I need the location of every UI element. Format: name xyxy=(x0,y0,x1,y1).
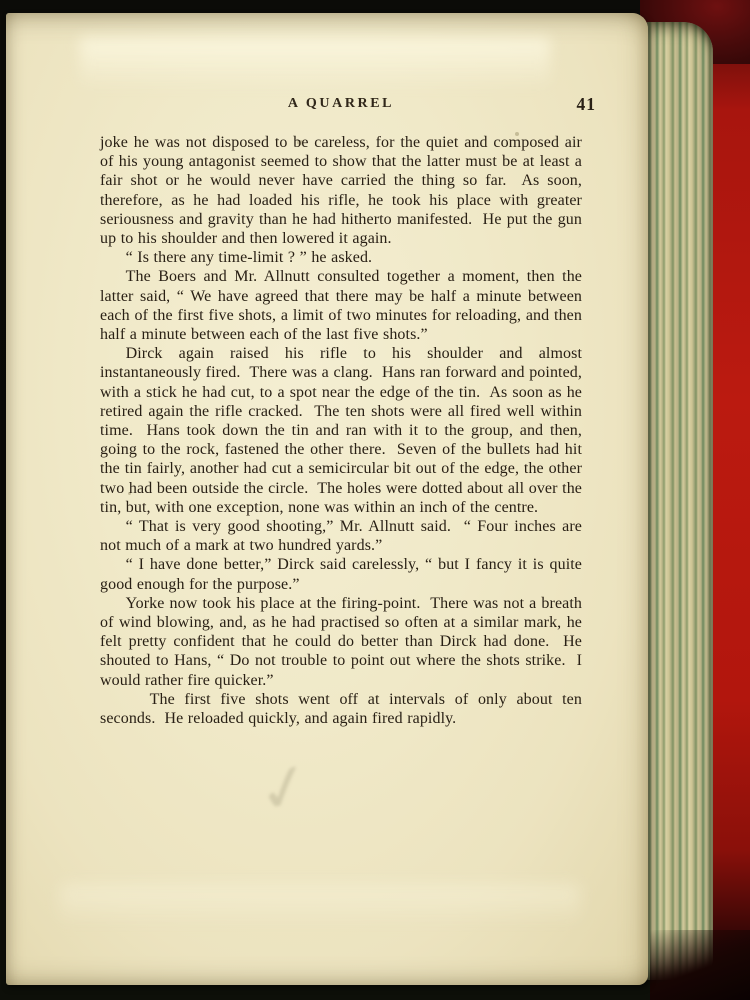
page-edges-stack xyxy=(643,22,713,980)
page-number: 41 xyxy=(577,94,597,115)
paragraph: Yorke now took his place at the firing-p… xyxy=(100,594,582,690)
paragraph: Dirck again raised his rifle to his shou… xyxy=(100,344,582,517)
paragraph: The Boers and Mr. Allnutt consulted toge… xyxy=(100,267,582,344)
page-header: A QUARREL 41 xyxy=(100,96,582,118)
paragraph: The first five shots went off at interva… xyxy=(100,690,582,728)
page-content: A QUARREL 41 joke he was not disposed to… xyxy=(100,96,582,728)
book-scan: ✓ A QUARREL 41 joke he was not disposed … xyxy=(0,0,750,1000)
running-head: A QUARREL xyxy=(100,96,582,112)
page-text: joke he was not disposed to be careless,… xyxy=(100,133,582,728)
paragraph: “ That is very good shooting,” Mr. Allnu… xyxy=(100,517,582,555)
paragraph: joke he was not disposed to be careless,… xyxy=(100,133,582,248)
paragraph: “ Is there any time-limit ? ” he asked. xyxy=(100,248,582,267)
book-cover-bottom-corner xyxy=(650,930,750,1000)
paragraph: “ I have done better,” Dirck said carele… xyxy=(100,555,582,593)
